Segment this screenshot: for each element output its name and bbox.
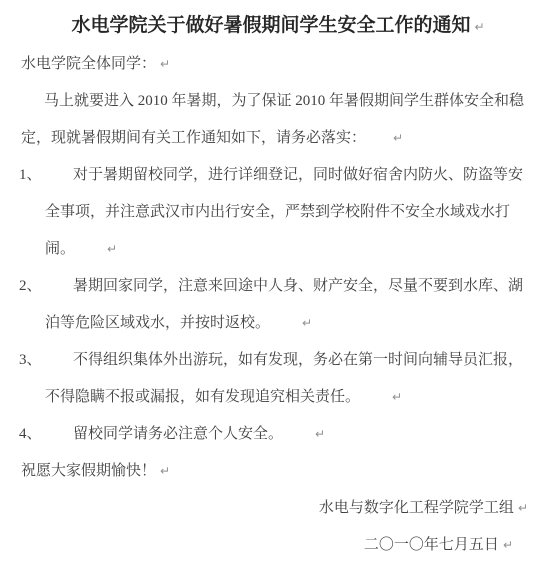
- paragraph-mark-icon: ↵: [370, 120, 403, 157]
- paragraph-mark-icon: ↵: [160, 46, 170, 83]
- closing-line: 祝愿大家假期愉快！↵: [21, 453, 535, 490]
- item-number: 2、: [19, 268, 42, 305]
- paragraph-mark-icon: ↵: [160, 453, 170, 490]
- list-item-2: 2、 暑期回家同学，注意来回途中人身、财产安全，尽量不要到水库、湖泊等危险区域戏…: [21, 268, 535, 342]
- notice-title: 水电学院关于做好暑假期间学生安全工作的通知: [71, 15, 470, 36]
- item-text-content: 不得组织集体外出游玩，如有发现，务必在第一时间向辅导员汇报，不得隐瞒不报或漏报，…: [45, 352, 523, 405]
- notice-document-page: 水电学院关于做好暑假期间学生安全工作的通知↵ 水电学院全体同学：↵ 马上就要进入…: [0, 0, 547, 566]
- intro-paragraph: 马上就要进入 2010 年暑期，为了保证 2010 年暑假期间学生群体安全和稳定…: [21, 83, 535, 157]
- signature-text: 水电与数字化工程学院学工组: [319, 500, 514, 516]
- paragraph-mark-icon: ↵: [79, 231, 117, 268]
- item-text: 对于暑期留校同学，进行详细登记，同时做好宿舍内防火、防盗等安全事项，并注意武汉市…: [45, 157, 535, 268]
- list-item-1: 1、 对于暑期留校同学，进行详细登记，同时做好宿舍内防火、防盗等安全事项，并注意…: [21, 157, 535, 268]
- paragraph-mark-icon: ↵: [287, 416, 325, 453]
- item-number: 4、: [19, 416, 42, 453]
- salutation-line: 水电学院全体同学：↵: [21, 46, 535, 83]
- item-text-content: 留校同学请务必注意个人安全。: [73, 426, 283, 442]
- paragraph-mark-icon: ↵: [518, 490, 528, 527]
- list-item-3: 3、 不得组织集体外出游玩，如有发现，务必在第一时间向辅导员汇报，不得隐瞒不报或…: [21, 342, 535, 416]
- paragraph-mark-icon: ↵: [364, 379, 402, 416]
- paragraph-mark-icon: ↵: [274, 305, 312, 342]
- item-text: 不得组织集体外出游玩，如有发现，务必在第一时间向辅导员汇报，不得隐瞒不报或漏报，…: [45, 342, 535, 416]
- date-text: 二〇一〇年七月五日: [364, 537, 499, 553]
- paragraph-mark-icon: ↵: [474, 7, 484, 47]
- list-item-4: 4、 留校同学请务必注意个人安全。↵: [21, 416, 535, 453]
- salutation-text: 水电学院全体同学：: [21, 56, 156, 72]
- item-text: 暑期回家同学，注意来回途中人身、财产安全，尽量不要到水库、湖泊等危险区域戏水，并…: [45, 268, 535, 342]
- signature-line: 水电与数字化工程学院学工组↵: [21, 490, 535, 527]
- item-number: 3、: [19, 342, 42, 379]
- item-number: 1、: [19, 157, 42, 194]
- closing-text: 祝愿大家假期愉快！: [21, 463, 156, 479]
- intro-text: 马上就要进入 2010 年暑期，为了保证 2010 年暑假期间学生群体安全和稳定…: [21, 93, 524, 146]
- notice-title-line: 水电学院关于做好暑假期间学生安全工作的通知↵: [21, 6, 535, 46]
- date-line: 二〇一〇年七月五日↵: [21, 527, 535, 564]
- paragraph-mark-icon: ↵: [503, 527, 513, 564]
- item-text: 留校同学请务必注意个人安全。↵: [45, 416, 535, 453]
